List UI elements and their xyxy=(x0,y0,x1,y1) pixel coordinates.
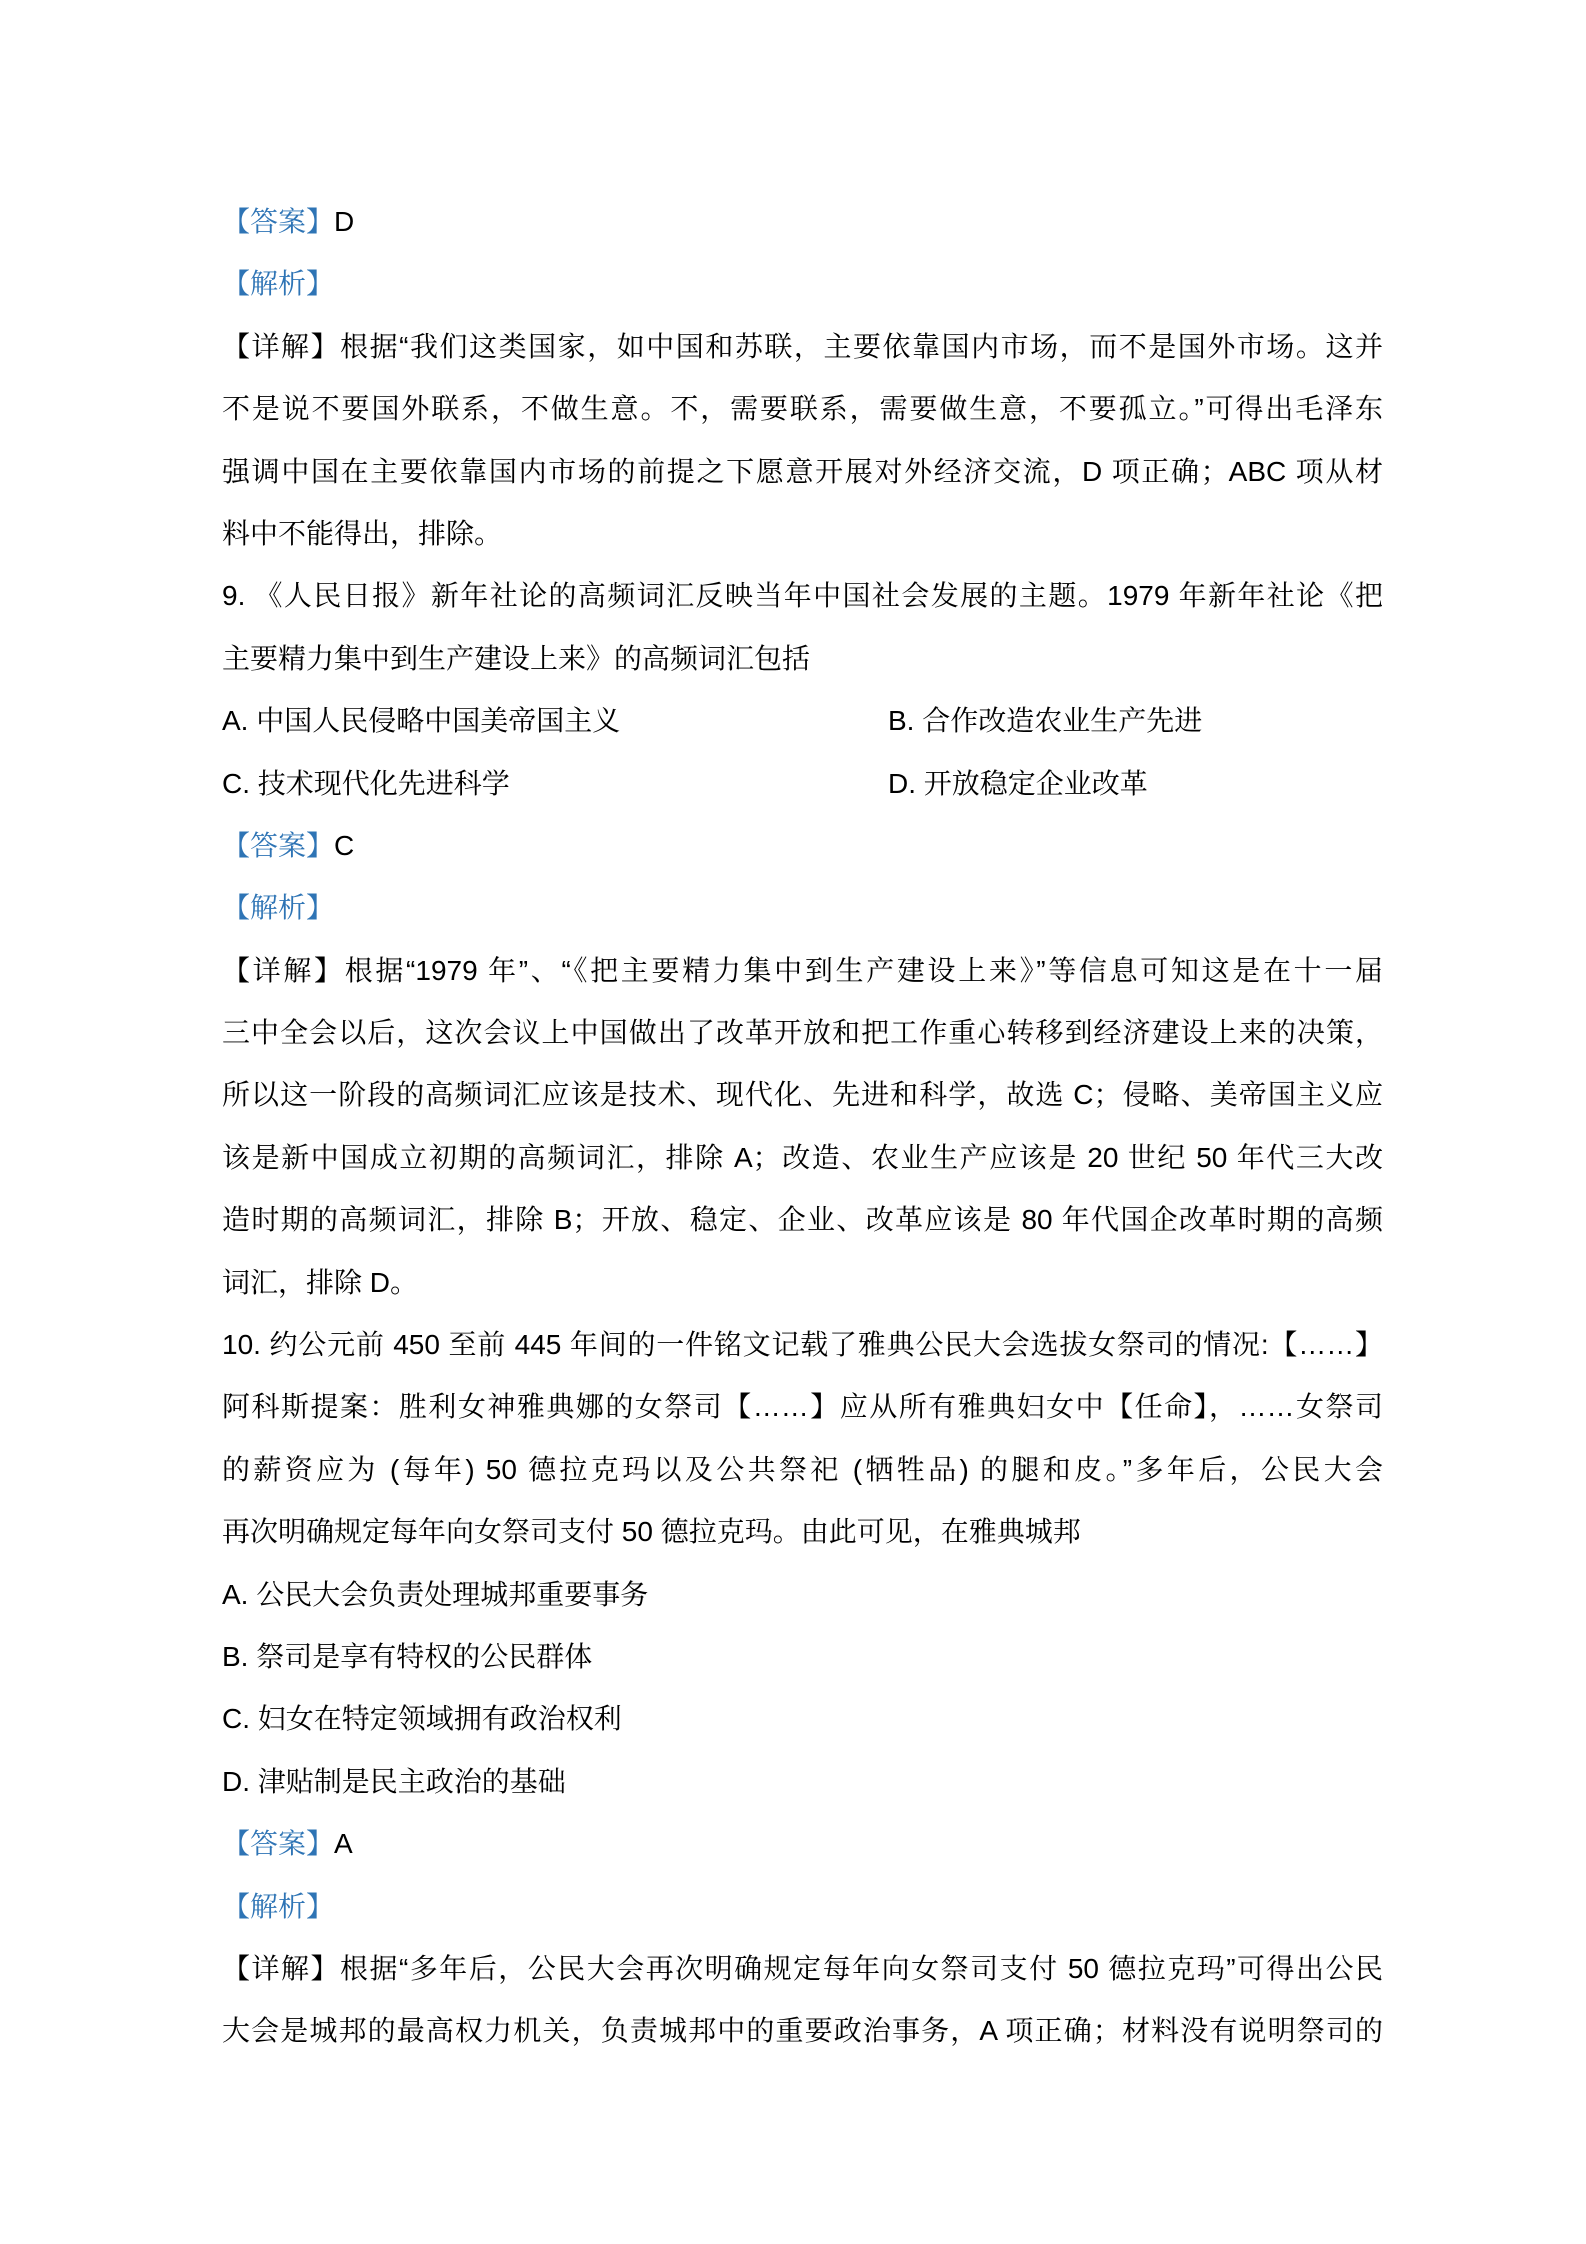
document-page: 【答案】D 【解析】 【详解】根据“我们这类国家，如中国和苏联，主要依靠国内市场… xyxy=(0,0,1586,2244)
question-9-stem-line: 9. 《人民日报》新年社论的高频词汇反映当年中国社会发展的主题。1979 年新年… xyxy=(222,565,1383,627)
explanation-line: 该是新中国成立初期的高频词汇，排除 A；改造、农业生产应该是 20 世纪 50 … xyxy=(222,1127,1383,1189)
answer-line: 【答案】D xyxy=(222,191,1383,253)
explanation-line: 不是说不要国外联系，不做生意。不，需要联系，需要做生意，不要孤立。”可得出毛泽东 xyxy=(222,378,1383,440)
option-b-line: B. 祭司是享有特权的公民群体 xyxy=(222,1626,1383,1688)
option-a-cell: A. 中国人民侵略中国美帝国主义 xyxy=(222,705,620,736)
answer-line: 【答案】C xyxy=(222,815,1383,877)
option-d-cell: D. 开放稳定企业改革 xyxy=(888,753,1148,815)
question-10-stem-line: 再次明确规定每年向女祭司支付 50 德拉克玛。由此可见，在雅典城邦 xyxy=(222,1501,1383,1563)
explanation-line: 所以这一阶段的高频词汇应该是技术、现代化、先进和科学，故选 C；侵略、美帝国主义… xyxy=(222,1064,1383,1126)
option-a-line: A. 公民大会负责处理城邦重要事务 xyxy=(222,1564,1383,1626)
analysis-badge: 【解析】 xyxy=(222,1891,334,1922)
answer-value: A xyxy=(334,1828,353,1859)
answer-badge: 【答案】 xyxy=(222,206,334,237)
explanation-line: 词汇，排除 D。 xyxy=(222,1252,1383,1314)
explanation-line: 造时期的高频词汇，排除 B；开放、稳定、企业、改革应该是 80 年代国企改革时期… xyxy=(222,1189,1383,1251)
analysis-badge: 【解析】 xyxy=(222,268,334,299)
explanation-line: 【详解】根据“多年后，公民大会再次明确规定每年向女祭司支付 50 德拉克玛”可得… xyxy=(222,1938,1383,2000)
exam-answer-sheet: 【答案】D 【解析】 【详解】根据“我们这类国家，如中国和苏联，主要依靠国内市场… xyxy=(222,191,1383,2063)
option-b-cell: B. 合作改造农业生产先进 xyxy=(888,690,1202,752)
answer-badge: 【答案】 xyxy=(222,1828,334,1859)
question-9-stem-line: 主要精力集中到生产建设上来》的高频词汇包括 xyxy=(222,628,1383,690)
explanation-line: 大会是城邦的最高权力机关，负责城邦中的重要政治事务，A 项正确；材料没有说明祭司… xyxy=(222,2000,1383,2062)
option-row: C. 技术现代化先进科学 D. 开放稳定企业改革 xyxy=(222,753,1383,815)
analysis-line: 【解析】 xyxy=(222,877,1383,939)
answer-badge: 【答案】 xyxy=(222,830,334,861)
answer-value: D xyxy=(334,206,354,237)
option-d-line: D. 津贴制是民主政治的基础 xyxy=(222,1751,1383,1813)
explanation-line: 料中不能得出，排除。 xyxy=(222,503,1383,565)
option-c-cell: C. 技术现代化先进科学 xyxy=(222,768,510,799)
question-10-stem-line: 10. 约公元前 450 至前 445 年间的一件铭文记载了雅典公民大会选拔女祭… xyxy=(222,1314,1383,1376)
explanation-line: 三中全会以后，这次会议上中国做出了改革开放和把工作重心转移到经济建设上来的决策， xyxy=(222,1002,1383,1064)
explanation-line: 【详解】根据“我们这类国家，如中国和苏联，主要依靠国内市场，而不是国外市场。这并 xyxy=(222,316,1383,378)
answer-line: 【答案】A xyxy=(222,1813,1383,1875)
question-10-stem-line: 阿科斯提案：胜利女神雅典娜的女祭司【……】应从所有雅典妇女中【任命】，……女祭司 xyxy=(222,1376,1383,1438)
question-10-stem-line: 的薪资应为 (每年) 50 德拉克玛以及公共祭祀 (牺牲品) 的腿和皮。”多年后… xyxy=(222,1439,1383,1501)
explanation-line: 【详解】根据“1979 年”、“《把主要精力集中到生产建设上来》”等信息可知这是… xyxy=(222,940,1383,1002)
option-row: A. 中国人民侵略中国美帝国主义 B. 合作改造农业生产先进 xyxy=(222,690,1383,752)
explanation-line: 强调中国在主要依靠国内市场的前提之下愿意开展对外经济交流，D 项正确；ABC 项… xyxy=(222,441,1383,503)
answer-value: C xyxy=(334,830,354,861)
analysis-badge: 【解析】 xyxy=(222,892,334,923)
analysis-line: 【解析】 xyxy=(222,1876,1383,1938)
option-c-line: C. 妇女在特定领域拥有政治权利 xyxy=(222,1688,1383,1750)
analysis-line: 【解析】 xyxy=(222,253,1383,315)
